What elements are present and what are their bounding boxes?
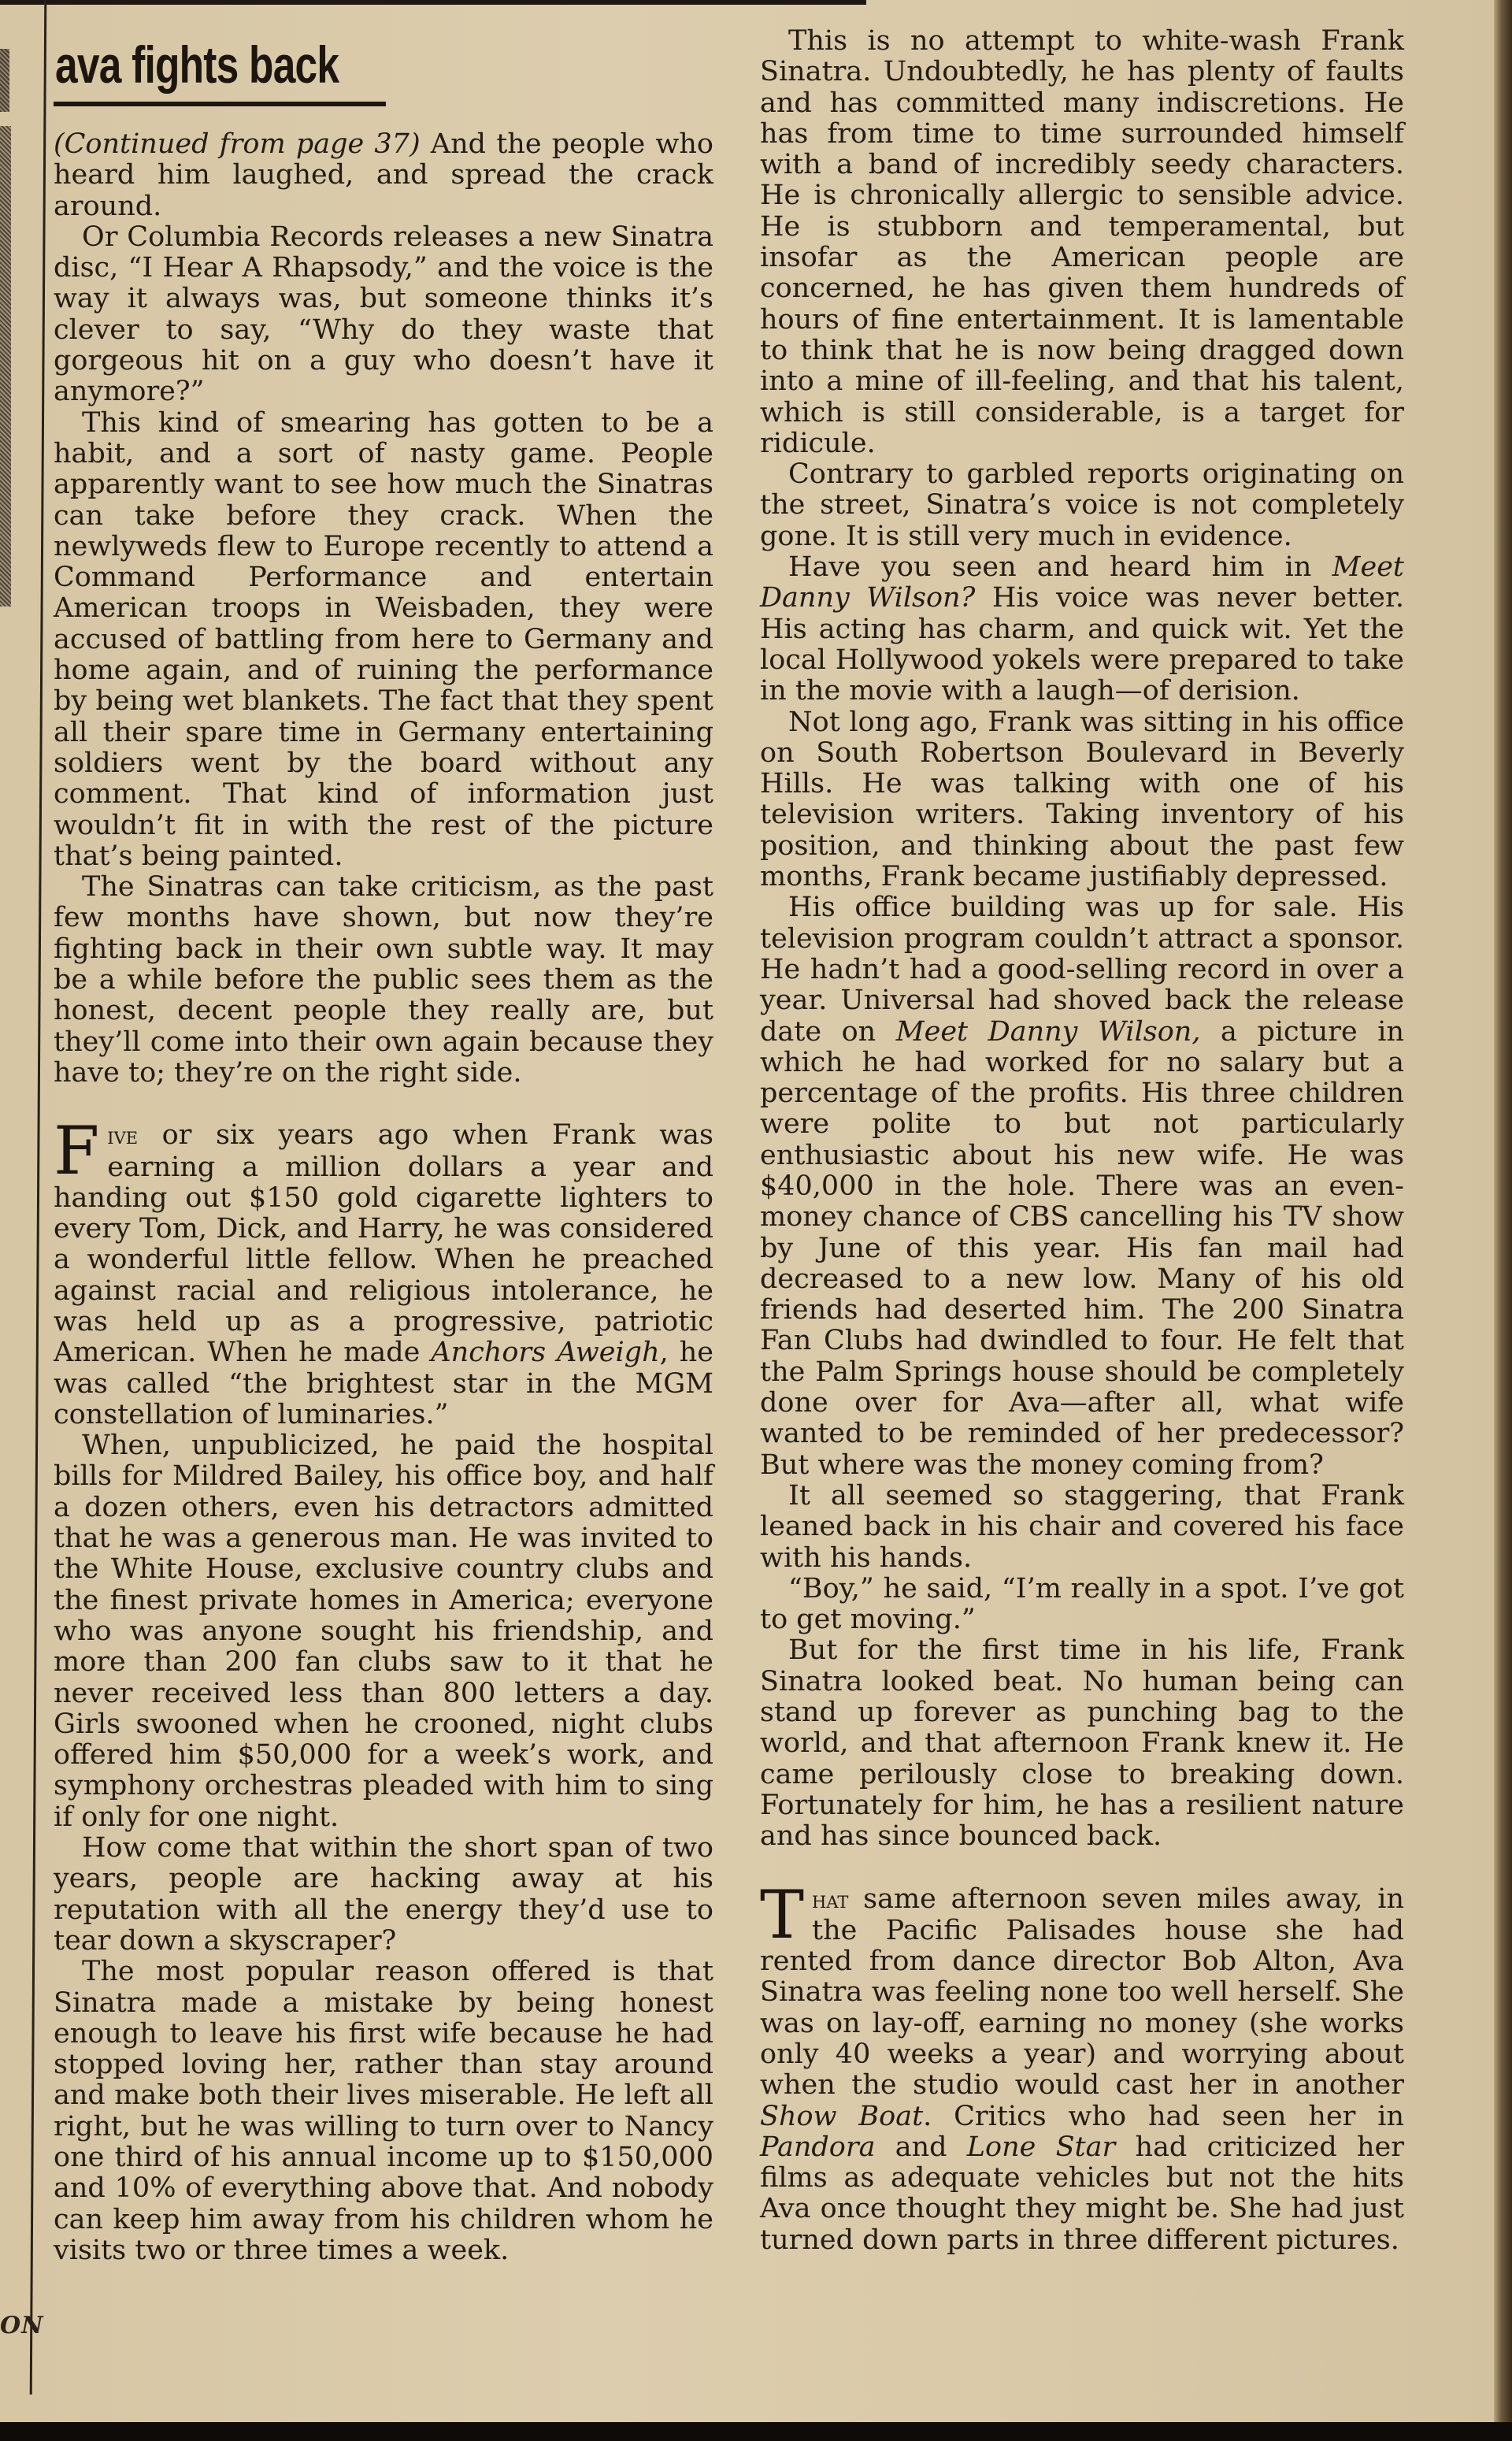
section-opening-paragraph: That same afternoon seven miles away, in…: [760, 1884, 1404, 2257]
paragraph: It all seemed so staggering, that Frank …: [760, 1481, 1404, 1574]
section-opening-paragraph: Five or six years ago when Frank was ear…: [54, 1120, 713, 1430]
paragraph: This kind of smearing has gotten to be a…: [54, 408, 713, 872]
page-edge-shadow: [1494, 0, 1512, 2441]
bottom-border-band: [0, 2422, 1512, 2441]
paragraph: Contrary to garbled reports originating …: [760, 459, 1404, 552]
film-title: Pandora: [760, 2131, 875, 2163]
paragraph: (Continued from page 37) And the people …: [54, 129, 713, 222]
paragraph: The most popular reason offered is that …: [54, 1957, 713, 2266]
continuation-note: (Continued from page 37): [54, 128, 421, 160]
paragraph: How come that within the short span of t…: [54, 1833, 713, 1957]
drop-cap: F: [54, 1125, 99, 1177]
adjacent-page-image-fragment: [0, 126, 11, 607]
article-column-right: This is no attempt to white-wash Frank S…: [760, 26, 1404, 2256]
paragraph: Not long ago, Frank was sitting in his o…: [760, 707, 1404, 893]
adjacent-page-text-fragment: ON: [0, 2312, 44, 2339]
film-title: Lone Star: [967, 2131, 1115, 2163]
top-border-band: [0, 0, 866, 5]
paragraph: “Boy,” he said, “I’m really in a spot. I…: [760, 1574, 1404, 1636]
paragraph: The Sinatras can take criticism, as the …: [54, 872, 713, 1089]
adjacent-page-image-fragment: [0, 49, 9, 112]
film-title: Anchors Aweigh: [431, 1337, 659, 1368]
paragraph: This is no attempt to white-wash Frank S…: [760, 26, 1404, 459]
drop-cap: T: [760, 1889, 804, 1941]
paragraph: His office building was up for sale. His…: [760, 892, 1404, 1481]
article-headline: ava fights back: [55, 33, 339, 96]
paragraph: But for the first time in his life, Fran…: [760, 1635, 1404, 1852]
paragraph: Or Columbia Records releases a new Sinat…: [54, 222, 713, 408]
headline-underline-rule: [54, 102, 386, 106]
article-column-left: (Continued from page 37) And the people …: [54, 129, 713, 2266]
paragraph: Have you seen and heard him in Meet Dann…: [760, 552, 1404, 707]
paragraph: When, unpublicized, he paid the hospital…: [54, 1430, 713, 1833]
film-title: Show Boat: [760, 2101, 923, 2132]
film-title: Meet Danny Wilson,: [896, 1016, 1201, 1048]
